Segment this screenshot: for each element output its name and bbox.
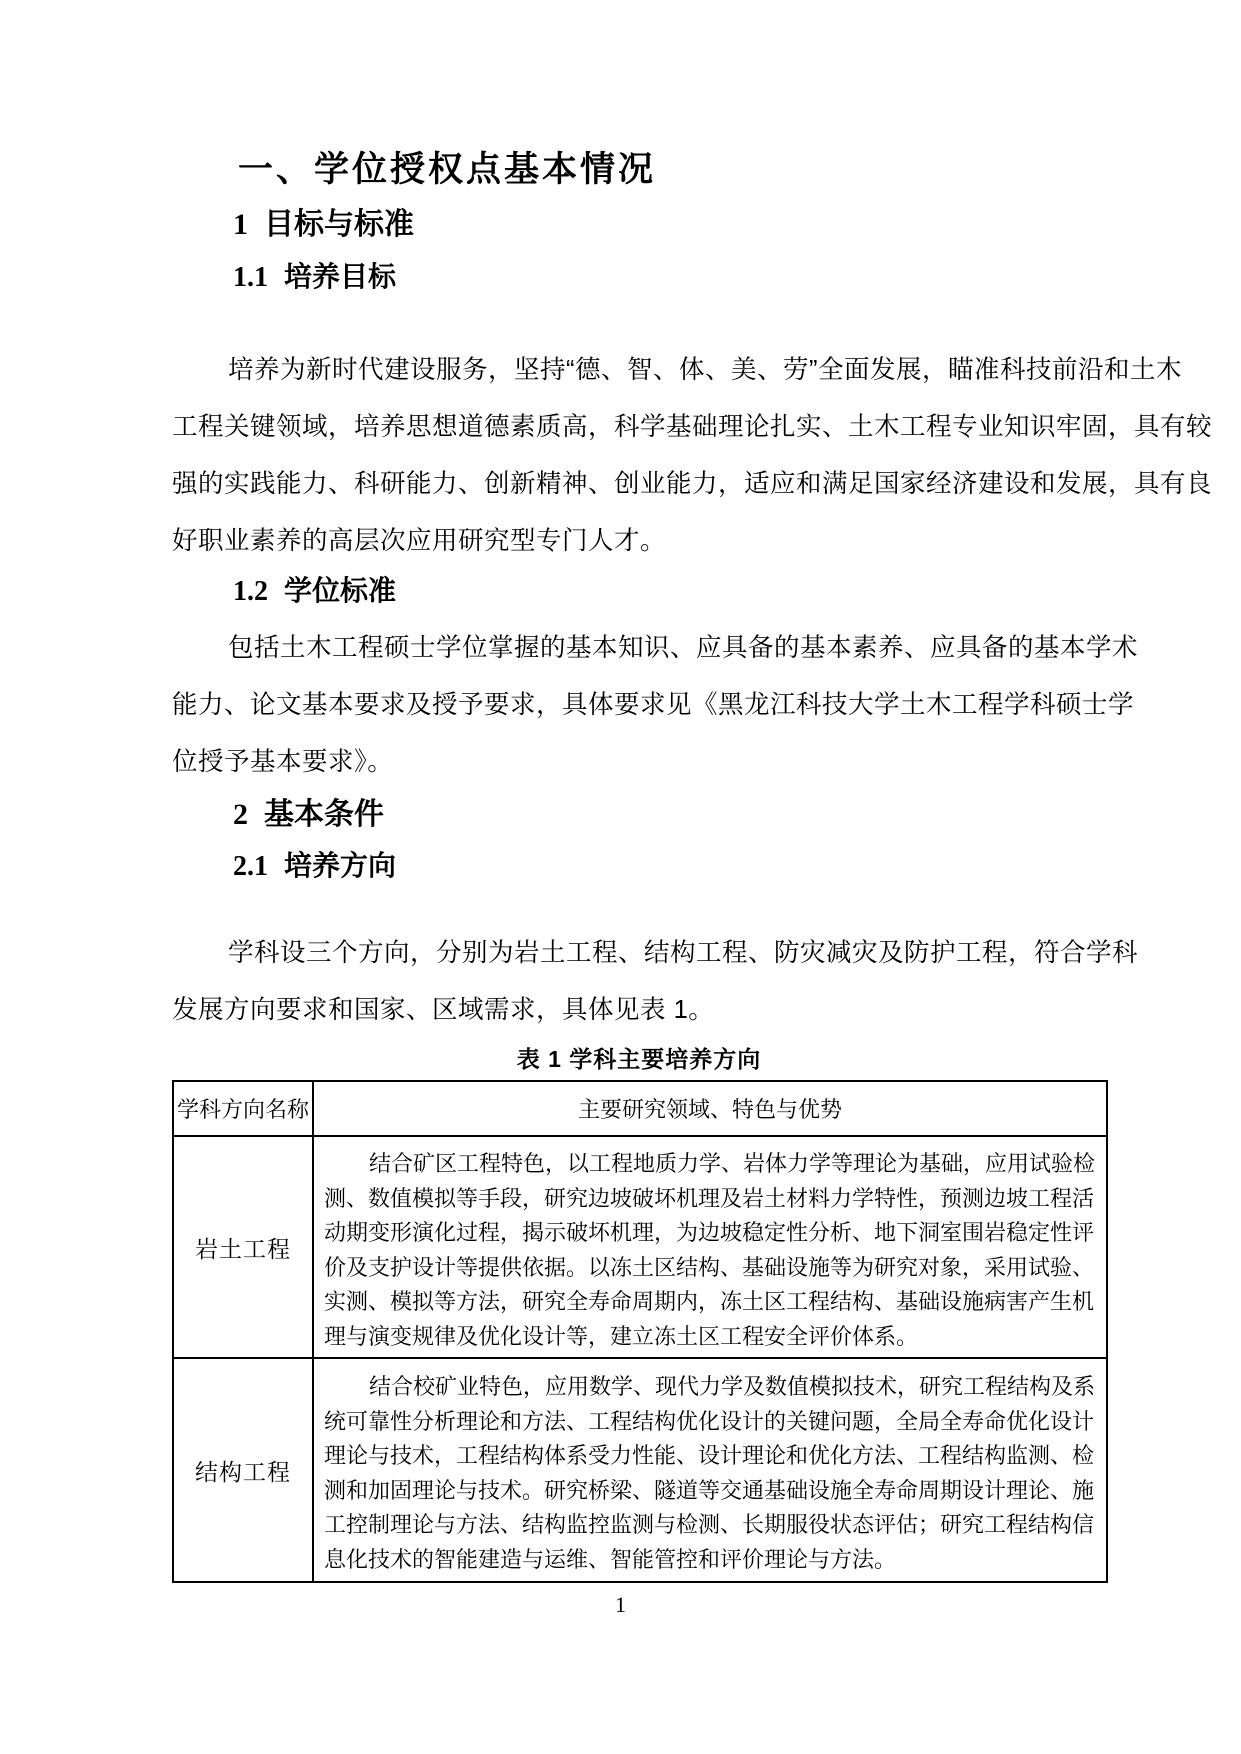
section-title: 基本条件	[264, 798, 384, 831]
text-line: 能力、论文基本要求及授予要求，具体要求见《黑龙江科技大学土木工程学科硕士学	[172, 677, 1212, 734]
subsection-heading-1-1: 1.1培养目标	[233, 255, 396, 295]
direction-desc-cell: 结合矿区工程特色，以工程地质力学、岩体力学等理论为基础，应用试验检 测、数值模拟…	[313, 1136, 1107, 1358]
subsection-number: 1.2	[233, 576, 268, 607]
text-line: 实测、模拟等方法，研究全寿命周期内，冻土区工程结构、基础设施病害产生机	[324, 1285, 1100, 1320]
table-row: 结构工程 结合校矿业特色，应用数学、现代力学及数值模拟技术，研究工程结构及系 统…	[173, 1358, 1107, 1582]
paragraph-directions: 学科设三个方向，分别为岩土工程、结构工程、防灾减灾及防护工程，符合学科 发展方向…	[172, 925, 1212, 1039]
text-line: 位授予基本要求》。	[172, 734, 1212, 791]
text-line: 统可靠性分析理论和方法、工程结构优化设计的关键问题，全局全寿命优化设计	[324, 1405, 1100, 1440]
direction-desc-cell: 结合校矿业特色，应用数学、现代力学及数值模拟技术，研究工程结构及系 统可靠性分析…	[313, 1358, 1107, 1582]
subsection-title: 培养方向	[284, 850, 396, 881]
text-line: 理论与技术，工程结构体系受力性能、设计理论和优化方法、工程结构监测、检	[324, 1439, 1100, 1474]
page-number: 1	[0, 1592, 1241, 1618]
text-line: 发展方向要求和国家、区域需求，具体见表 1。	[172, 982, 1212, 1039]
text-line: 动期变形演化过程，揭示破坏机理，为边坡稳定性分析、地下洞室围岩稳定性评	[324, 1216, 1100, 1251]
section-heading-1: 1目标与标准	[233, 199, 414, 243]
table-row: 岩土工程 结合矿区工程特色，以工程地质力学、岩体力学等理论为基础，应用试验检 测…	[173, 1136, 1107, 1358]
subsection-number: 1.1	[233, 262, 268, 293]
direction-name-cell: 岩土工程	[173, 1136, 313, 1358]
direction-name-cell: 结构工程	[173, 1358, 313, 1582]
direction-table: 学科方向名称 主要研究领域、特色与优势 岩土工程 结合矿区工程特色，以工程地质力…	[172, 1080, 1108, 1583]
subsection-title: 学位标准	[284, 575, 396, 606]
text-line: 学科设三个方向，分别为岩土工程、结构工程、防灾减灾及防护工程，符合学科	[172, 925, 1212, 982]
text-line: 理与演变规律及优化设计等，建立冻土区工程安全评价体系。	[324, 1320, 1100, 1355]
section-title: 目标与标准	[264, 208, 414, 241]
text-line: 测和加固理论与技术。研究桥梁、隧道等交通基础设施全寿命周期设计理论、施	[324, 1474, 1100, 1509]
text-line: 结合矿区工程特色，以工程地质力学、岩体力学等理论为基础，应用试验检	[324, 1147, 1100, 1182]
text-line: 价及支护设计等提供依据。以冻土区结构、基础设施等为研究对象，采用试验、	[324, 1251, 1100, 1286]
paragraph-degree-standard: 包括土木工程硕士学位掌握的基本知识、应具备的基本素养、应具备的基本学术 能力、论…	[172, 620, 1212, 791]
text-line: 工程关键领域，培养思想道德素质高，科学基础理论扎实、土木工程专业知识牢固，具有较	[172, 399, 1212, 456]
header-direction-name: 学科方向名称	[173, 1081, 313, 1136]
section-number: 2	[233, 798, 248, 831]
subsection-heading-1-2: 1.2学位标准	[233, 569, 396, 609]
section-heading-2: 2基本条件	[233, 789, 384, 833]
subsection-title: 培养目标	[284, 261, 396, 292]
table-caption: 表 1 学科主要培养方向	[172, 1041, 1106, 1074]
table-header-row: 学科方向名称 主要研究领域、特色与优势	[173, 1081, 1107, 1136]
subsection-heading-2-1: 2.1培养方向	[233, 844, 396, 884]
text-line: 培养为新时代建设服务，坚持“德、智、体、美、劳”全面发展，瞄准科技前沿和土木	[172, 342, 1212, 399]
text-line: 包括土木工程硕士学位掌握的基本知识、应具备的基本素养、应具备的基本学术	[172, 620, 1212, 677]
text-line: 结合校矿业特色，应用数学、现代力学及数值模拟技术，研究工程结构及系	[324, 1370, 1100, 1405]
text-line: 息化技术的智能建造与运维、智能管控和评价理论与方法。	[324, 1543, 1100, 1578]
text-line: 测、数值模拟等手段，研究边坡破坏机理及岩土材料力学特性，预测边坡工程活	[324, 1182, 1100, 1217]
subsection-number: 2.1	[233, 851, 268, 882]
main-title: 一、学位授权点基本情况	[238, 142, 656, 192]
text-line: 好职业素养的高层次应用研究型专门人才。	[172, 513, 1212, 570]
text-line: 工控制理论与方法、结构监控监测与检测、长期服役状态评估；研究工程结构信	[324, 1508, 1100, 1543]
paragraph-training-goal: 培养为新时代建设服务，坚持“德、智、体、美、劳”全面发展，瞄准科技前沿和土木 工…	[172, 342, 1212, 570]
header-research-areas: 主要研究领域、特色与优势	[313, 1081, 1107, 1136]
section-number: 1	[233, 208, 248, 241]
document-page: 一、学位授权点基本情况 1目标与标准 1.1培养目标 培养为新时代建设服务，坚持…	[0, 0, 1241, 1754]
text-line: 强的实践能力、科研能力、创新精神、创业能力，适应和满足国家经济建设和发展，具有良	[172, 456, 1212, 513]
